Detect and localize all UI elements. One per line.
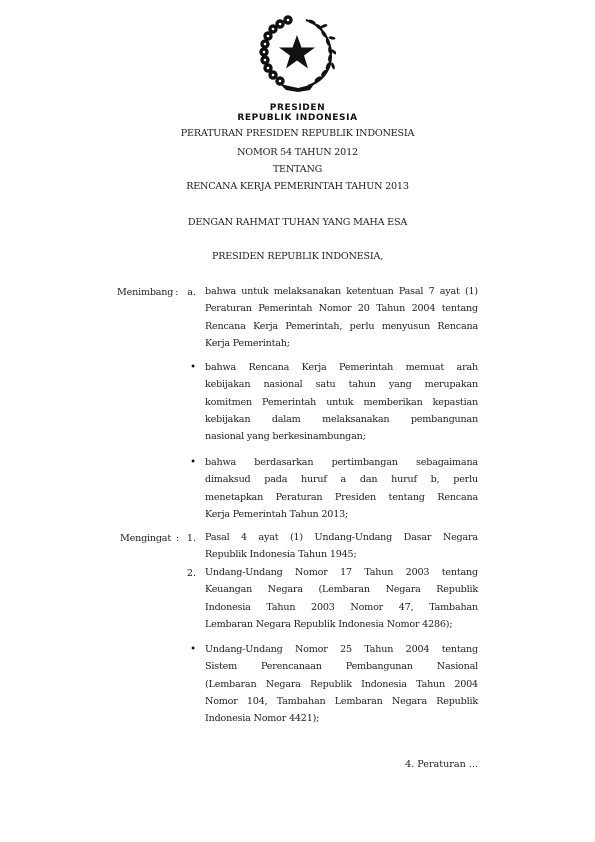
text-line: Lembaran Negara Republik Indonesia Nomor…: [205, 616, 478, 633]
bullet-icon: •: [176, 457, 196, 468]
text-line: IndonesiaTahun2003Nomor47,Tambahan: [205, 599, 478, 616]
mengingat-marker-2: 2.: [176, 568, 196, 579]
menimbang-item-c: bahwaberdasarkanpertimbangansebagaimana …: [205, 454, 478, 523]
bullet-icon: •: [176, 644, 196, 655]
text-line: RencanaKerjaPemerintah,perlumenyusunRenc…: [205, 318, 478, 335]
regulation-title: PERATURAN PRESIDEN REPUBLIK INDONESIA: [0, 128, 595, 139]
text-line: kebijakannasionalsatutahunyangmerupakan: [205, 376, 478, 393]
emblem-title-republik: REPUBLIK INDONESIA: [0, 113, 595, 123]
text-line: bahwaberdasarkanpertimbangansebagaimana: [205, 454, 478, 471]
text-line: Kerja Pemerintah;: [205, 335, 478, 352]
text-line: Kerja Pemerintah Tahun 2013;: [205, 506, 478, 523]
text-line: bahwaRencanaKerjaPemerintahmemuatarah: [205, 359, 478, 376]
mengingat-label-text: Mengingat: [120, 533, 171, 544]
mengingat-label: Mengingat:: [120, 533, 179, 544]
mengingat-marker-1: 1.: [176, 533, 196, 544]
authority: PRESIDEN REPUBLIK INDONESIA,: [0, 251, 595, 262]
menimbang-label-text: Menimbang: [117, 287, 173, 298]
garuda-emblem-icon: [258, 14, 336, 92]
menimbang-label: Menimbang:: [117, 287, 178, 298]
text-line: Nomor104,TambahanLembaranNegaraRepublik: [205, 693, 478, 710]
text-line: kebijakandalammelaksanakanpembangunan: [205, 411, 478, 428]
text-line: dimaksudpadahurufadanhurufb,perlu: [205, 471, 478, 488]
text-line: Indonesia Nomor 4421);: [205, 710, 478, 727]
text-line: komitmenPemerintahuntukmemberikankepasti…: [205, 394, 478, 411]
text-line: KeuanganNegara(LembaranNegaraRepublik: [205, 581, 478, 598]
text-line: (LembaranNegaraRepublikIndonesiaTahun200…: [205, 676, 478, 693]
text-line: Undang-UndangNomor17Tahun2003tentang: [205, 564, 478, 581]
bullet-icon: •: [176, 362, 196, 373]
mengingat-item-1: Pasal4ayat(1)Undang-UndangDasarNegara Re…: [205, 529, 478, 564]
menimbang-item-a: bahwauntukmelaksanakanketentuanPasal7aya…: [205, 283, 478, 352]
regulation-number: NOMOR 54 TAHUN 2012: [0, 147, 595, 158]
regulation-subject: RENCANA KERJA PEMERINTAH TAHUN 2013: [0, 181, 595, 192]
text-line: bahwauntukmelaksanakanketentuanPasal7aya…: [205, 283, 478, 300]
mengingat-item-2: Undang-UndangNomor17Tahun2003tentang Keu…: [205, 564, 478, 633]
regulation-about: TENTANG: [0, 164, 595, 175]
text-line: PeraturanPemerintahNomor20Tahun2004tenta…: [205, 300, 478, 317]
page-continuation: 4. Peraturan ...: [0, 759, 478, 770]
text-line: Undang-UndangNomor25Tahun2004tentang: [205, 641, 478, 658]
mengingat-item-3: Undang-UndangNomor25Tahun2004tentang Sis…: [205, 641, 478, 727]
text-line: nasional yang berkesinambungan;: [205, 428, 478, 445]
text-line: Republik Indonesia Tahun 1945;: [205, 546, 478, 563]
text-line: menetapkanPeraturanPresidententangRencan…: [205, 489, 478, 506]
invocation: DENGAN RAHMAT TUHAN YANG MAHA ESA: [0, 217, 595, 228]
text-line: SistemPerencanaanPembangunanNasional: [205, 658, 478, 675]
text-line: Pasal4ayat(1)Undang-UndangDasarNegara: [205, 529, 478, 546]
emblem-title-presiden: PRESIDEN: [0, 103, 595, 113]
menimbang-item-b: bahwaRencanaKerjaPemerintahmemuatarah ke…: [205, 359, 478, 445]
menimbang-marker-a: a.: [176, 287, 196, 298]
